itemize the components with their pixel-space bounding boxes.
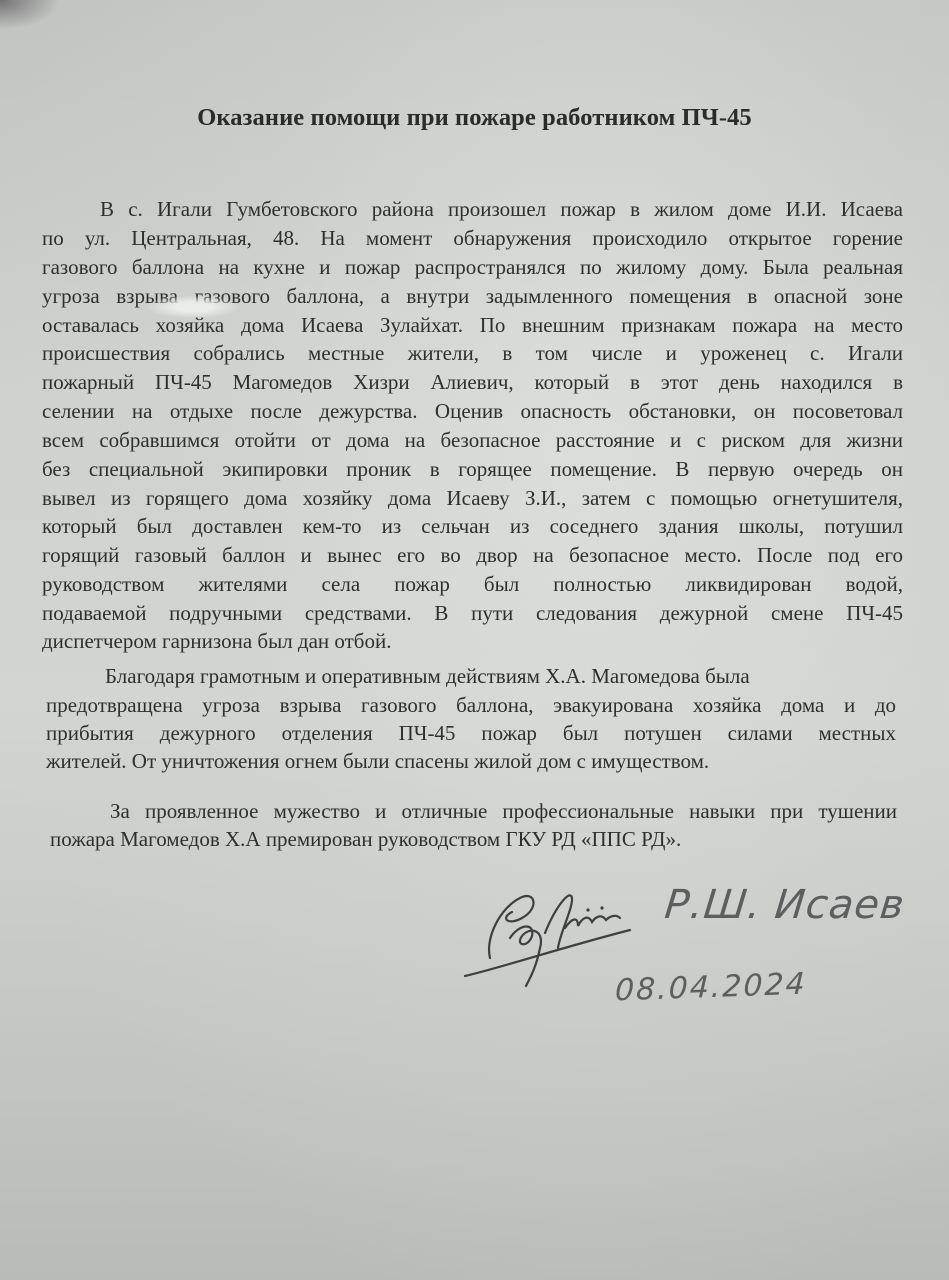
text-line: без специальной экипировки проник в горя… xyxy=(42,456,903,482)
signature-scribble-icon xyxy=(460,878,660,988)
text-line: прибытия дежурного отделения ПЧ-45 пожар… xyxy=(46,720,896,746)
text-line: газового баллона на кухне и пожар распро… xyxy=(42,254,903,280)
paper-smudge xyxy=(148,296,238,318)
text-line: который был доставлен кем-то из сельчан … xyxy=(42,513,903,539)
signature-date: 08.04.2024 xyxy=(614,967,807,1009)
text-line: горящий газовый баллон и вынес его во дв… xyxy=(42,542,903,568)
text-line: предотвращена угроза взрыва газового бал… xyxy=(46,692,896,718)
text-line: жителей. От уничтожения огнем были спасе… xyxy=(46,748,709,774)
signature-block: Р.Ш. Исаев 08.04.2024 xyxy=(460,878,920,1018)
text-line: В с. Игали Гумбетовского района произоше… xyxy=(100,196,903,222)
text-line: подаваемой подручными средствами. В пути… xyxy=(42,600,903,626)
text-line: пожара Магомедов Х.А премирован руководс… xyxy=(50,826,681,852)
text-line: За проявленное мужество и отличные профе… xyxy=(110,798,897,824)
document-page: Оказание помощи при пожаре работником ПЧ… xyxy=(0,0,949,1280)
photo-corner-shadow xyxy=(0,0,60,30)
text-line: селении на отдыхе после дежурства. Оцени… xyxy=(42,398,903,424)
text-line: руководством жителями села пожар был пол… xyxy=(42,571,903,597)
text-line: диспетчером гарнизона был дан отбой. xyxy=(42,628,391,654)
text-line: происшествия собрались местные жители, в… xyxy=(42,340,903,366)
text-line: вывел из горящего дома хозяйку дома Исае… xyxy=(42,485,903,511)
text-line: Благодаря грамотным и оперативным действ… xyxy=(105,663,750,689)
text-line: пожарный ПЧ-45 Магомедов Хизри Алиевич, … xyxy=(42,369,903,395)
text-line: всем собравшимся отойти от дома на безоп… xyxy=(42,427,903,453)
text-line: по ул. Центральная, 48. На момент обнару… xyxy=(42,225,903,251)
signature-name: Р.Ш. Исаев xyxy=(663,882,907,928)
document-title: Оказание помощи при пожаре работником ПЧ… xyxy=(0,104,949,132)
